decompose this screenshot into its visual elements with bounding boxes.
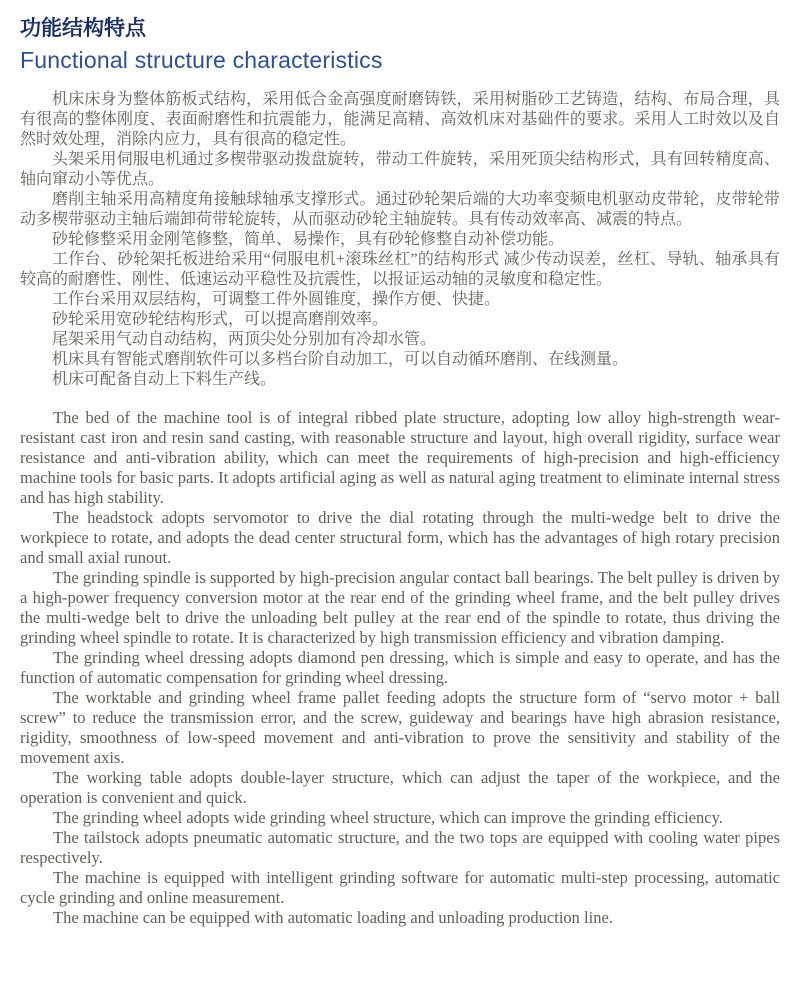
paragraph-zh-double-layer-table: 工作台采用双层结构，可调整工件外圆锥度，操作方便、快捷。: [20, 290, 780, 310]
paragraph-zh-wide-wheel: 砂轮采用宽砂轮结构形式，可以提高磨削效率。: [20, 310, 780, 330]
english-text-section: The bed of the machine tool is of integr…: [20, 408, 780, 928]
paragraph-en-double-layer-table: The working table adopts double-layer st…: [20, 768, 780, 808]
paragraph-zh-software: 机床具有智能式磨削软件可以多档台阶自动加工，可以自动循环磨削、在线测量。: [20, 350, 780, 370]
paragraph-zh-worktable-feeding: 工作台、砂轮架托板进给采用“伺服电机+滚珠丝杠”的结构形式 减少传动误差，丝杠、…: [20, 250, 780, 290]
document-page: 功能结构特点 Functional structure characterist…: [20, 16, 780, 928]
paragraph-en-tailstock: The tailstock adopts pneumatic automatic…: [20, 828, 780, 868]
paragraph-en-headstock: The headstock adopts servomotor to drive…: [20, 508, 780, 568]
paragraph-en-wide-wheel: The grinding wheel adopts wide grinding …: [20, 808, 780, 828]
paragraph-en-grinding-spindle: The grinding spindle is supported by hig…: [20, 568, 780, 648]
page-title-chinese: 功能结构特点: [20, 16, 780, 41]
paragraph-zh-headstock: 头架采用伺服电机通过多楔带驱动拨盘旋转，带动工件旋转，采用死顶尖结构形式，具有回…: [20, 150, 780, 190]
paragraph-en-bed-structure: The bed of the machine tool is of integr…: [20, 408, 780, 508]
paragraph-zh-tailstock: 尾架采用气动自动结构，两顶尖处分别加有冷却水管。: [20, 330, 780, 350]
paragraph-en-worktable-feeding: The worktable and grinding wheel frame p…: [20, 688, 780, 768]
page-title-english: Functional structure characteristics: [20, 47, 780, 73]
paragraph-en-wheel-dressing: The grinding wheel dressing adopts diamo…: [20, 648, 780, 688]
paragraph-en-production-line: The machine can be equipped with automat…: [20, 908, 780, 928]
paragraph-zh-grinding-spindle: 磨削主轴采用高精度角接触球轴承支撑形式。通过砂轮架后端的大功率变频电机驱动皮带轮…: [20, 190, 780, 230]
chinese-text-section: 机床床身为整体筋板式结构，采用低合金高强度耐磨铸铁，采用树脂砂工艺铸造，结构、布…: [20, 90, 780, 390]
paragraph-zh-production-line: 机床可配备自动上下料生产线。: [20, 370, 780, 390]
paragraph-en-software: The machine is equipped with intelligent…: [20, 868, 780, 908]
paragraph-zh-wheel-dressing: 砂轮修整采用金刚笔修整，简单、易操作，具有砂轮修整自动补偿功能。: [20, 230, 780, 250]
paragraph-zh-bed-structure: 机床床身为整体筋板式结构，采用低合金高强度耐磨铸铁，采用树脂砂工艺铸造，结构、布…: [20, 90, 780, 150]
